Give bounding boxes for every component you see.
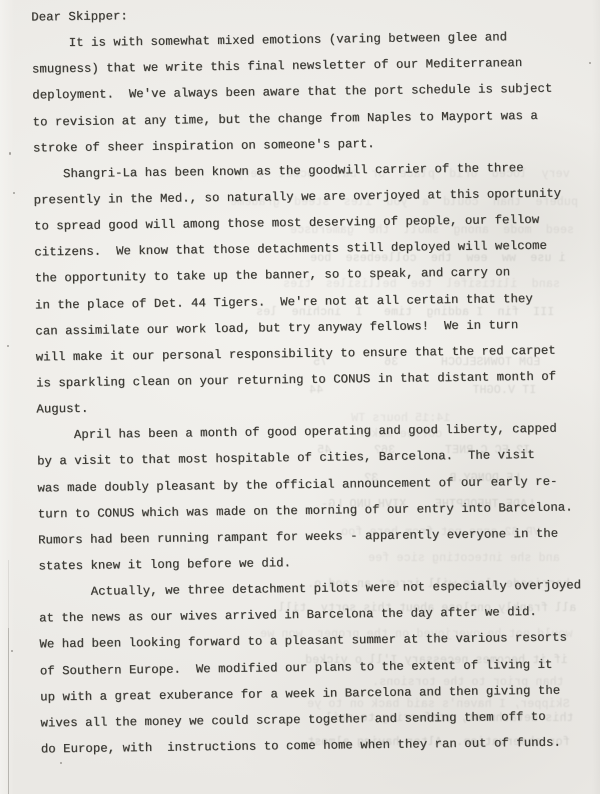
scanned-letter-page: very loced orid place or ball bcoel very… — [0, 0, 600, 794]
letter-body: Dear Skipper: It is with somewhat mixed … — [0, 0, 600, 763]
paper-speck — [60, 762, 62, 764]
